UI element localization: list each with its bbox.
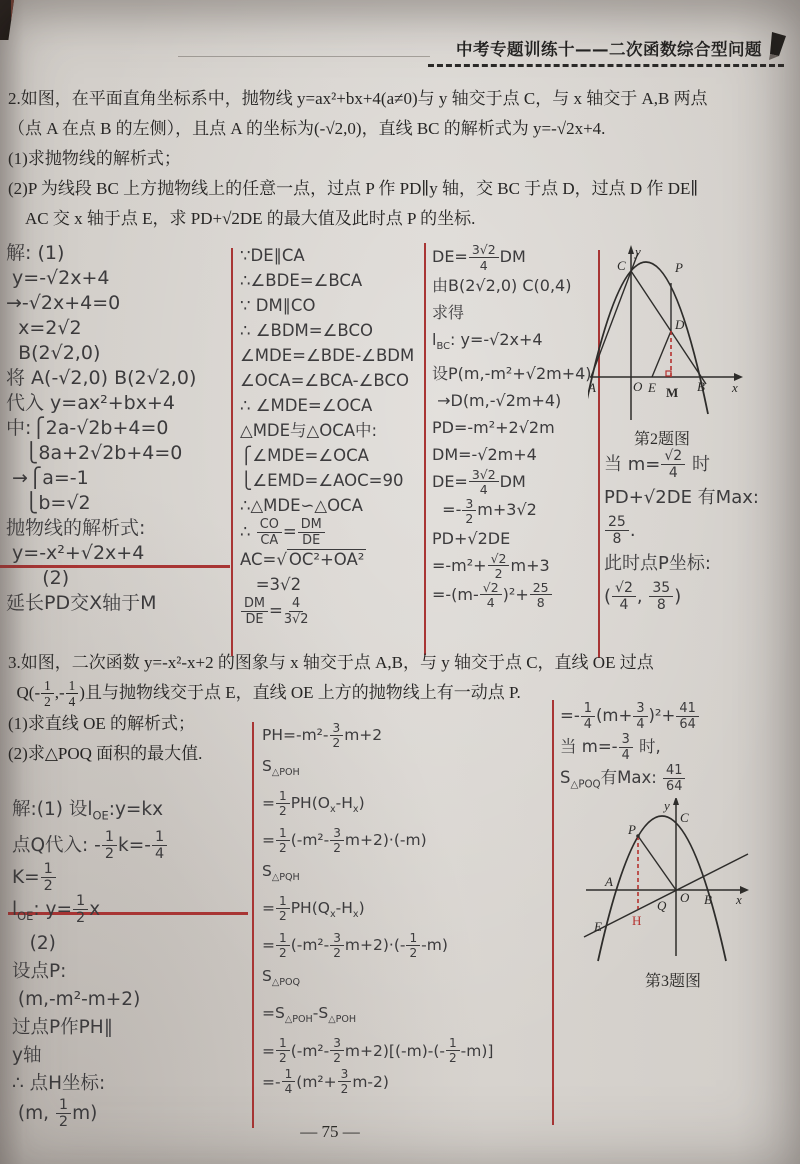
text-line: ∠OCA=∠BCA-∠BCO: [240, 368, 422, 393]
text-line: ∴∠BDE=∠BCA: [240, 268, 422, 293]
fig3-parabola-curve: [598, 816, 726, 961]
text-line: =3√2: [240, 572, 422, 597]
text-line: lOE: y=12x: [12, 894, 247, 930]
fig3-label-O: O: [680, 890, 690, 905]
text-line: (m, 12m): [12, 1098, 247, 1130]
fig3-label-P: P: [627, 822, 636, 837]
fig2-label-D: D: [674, 317, 685, 332]
figure2-caption: 第2题图: [612, 426, 712, 449]
text-line: y轴: [12, 1042, 247, 1070]
text-line: =12(-m²-32m+2)[(-m)-(-12-m)]: [262, 1036, 552, 1067]
text-line: △MDE与△OCA中:: [240, 418, 422, 443]
text-line: PD+√2DE: [432, 525, 596, 552]
text-line: 求得: [432, 299, 596, 326]
workbook-page-photo: 中考专题训练十——二次函数综合型问题 2.如图，在平面直角坐标系中，抛物线 y=…: [0, 0, 800, 1164]
text-line: 此时点P坐标:: [604, 547, 800, 580]
text-line: →-√2x+4=0: [6, 291, 228, 316]
text-line: 当 m=√24 时: [604, 448, 800, 481]
text-line: 由B(2√2,0) C(0,4): [432, 272, 596, 299]
fig2-label-E: E: [647, 380, 656, 395]
pencil-icon: [766, 30, 792, 60]
page-number: — 75 —: [240, 1122, 420, 1142]
text-line: 延长PD交X轴于M: [6, 591, 228, 616]
figure3-caption: 第3题图: [618, 968, 728, 991]
text-line: DM=-√2m+4: [432, 441, 596, 468]
text-line: =-14(m²+32m-2): [262, 1067, 552, 1098]
text-line: B(2√2,0): [6, 341, 228, 366]
fig2-label-B: B: [697, 379, 705, 394]
fig3-label-Q: Q: [657, 898, 667, 913]
fig3-line-OE: [584, 854, 748, 937]
text-line: 中:⎧2a-√2b+4=0: [6, 416, 228, 441]
fig2-line-CB: [631, 271, 706, 384]
text-line: 设P(m,-m²+√2m+4): [432, 360, 596, 387]
fig2-label-M: M: [666, 385, 678, 400]
text-line: =-32m+3√2: [432, 496, 596, 525]
text-line: 解: (1): [6, 241, 228, 266]
problem2-solution-col4: 当 m=√24 时PD+√2DE 有Max:258.此时点P坐标:(√24, 3…: [604, 448, 800, 613]
fig3-label-x: x: [735, 892, 742, 907]
fig2-label-y: y: [633, 244, 641, 259]
text-line: 设点P:: [12, 958, 247, 986]
fig2-label-O: O: [633, 379, 643, 394]
text-line: PH=-m²-32m+2: [262, 720, 552, 751]
fig2-label-P: P: [674, 260, 683, 275]
text-line: S△PQH: [262, 856, 552, 893]
text-line: =-m²+√22m+3: [432, 552, 596, 581]
text-line: (2): [6, 566, 228, 591]
text-line: 当 m=-34 时,: [560, 731, 800, 762]
text-line: DMDE=43√2: [240, 597, 422, 626]
text-line: 2.如图，在平面直角坐标系中，抛物线 y=ax²+bx+4(a≠0)与 y 轴交…: [8, 84, 794, 114]
text-line: =12PH(Qx-Hx): [262, 893, 552, 930]
header-dashed-rule: [428, 64, 784, 67]
text-line: 抛物线的解析式:: [6, 516, 228, 541]
text-line: 解:(1) 设lOE:y=kx: [12, 796, 247, 830]
text-line: (2)P 为线段 BC 上方抛物线上的任意一点，过点 P 作 PD∥y 轴，交 …: [8, 174, 794, 204]
problem2-statement: 2.如图，在平面直角坐标系中，抛物线 y=ax²+bx+4(a≠0)与 y 轴交…: [8, 84, 794, 234]
fig2-label-C: C: [617, 258, 626, 273]
text-line: ⎩b=√2: [6, 491, 228, 516]
fig3-point-P: [636, 834, 640, 838]
text-line: 258.: [604, 514, 800, 547]
text-line: (√24, 358): [604, 580, 800, 613]
photo-corner-mark: [0, 0, 14, 40]
text-line: ∵DE∥CA: [240, 243, 422, 268]
p3-red-separator-1: [252, 722, 254, 1128]
p2-red-separator-2: [424, 243, 426, 655]
text-line: AC=√OC²+OA²: [240, 547, 422, 572]
text-line: ⎩8a+2√2b+4=0: [6, 441, 228, 466]
text-line: DE=3√24DM: [432, 468, 596, 497]
text-line: y=-x²+√2x+4: [6, 541, 228, 566]
text-line: K=12: [12, 862, 247, 894]
text-line: （点 A 在点 B 的左侧），且点 A 的坐标为(-√2,0)，直线 BC 的解…: [8, 114, 794, 144]
fig3-label-C: C: [680, 810, 689, 825]
problem3-solution-col1: 解:(1) 设lOE:y=kx点Q代入: -12k=-14K=12lOE: y=…: [12, 796, 247, 1130]
text-line: (1)求抛物线的解析式；: [8, 144, 794, 174]
fig2-y-arrow: [628, 245, 634, 254]
text-line: S△POQ有Max: 4164: [560, 762, 800, 800]
text-line: DE=3√24DM: [432, 243, 596, 272]
fig3-y-arrow: [673, 798, 679, 805]
text-line: 代入 y=ax²+bx+4: [6, 391, 228, 416]
text-line: 将 A(-√2,0) B(2√2,0): [6, 366, 228, 391]
text-line: 过点P作PH∥: [12, 1014, 247, 1042]
header-rule-thin: [178, 56, 430, 57]
page-header-title: 中考专题训练十——二次函数综合型问题: [410, 36, 762, 60]
text-line: =S△POH-S△POH: [262, 998, 552, 1035]
text-line: ∴ ∠MDE=∠OCA: [240, 393, 422, 418]
text-line: S△POQ: [262, 961, 552, 998]
text-line: AC 交 x 轴于点 E，求 PD+√2DE 的最大值及此时点 P 的坐标.: [8, 204, 794, 234]
fig3-label-A: A: [604, 874, 613, 889]
text-line: (2): [12, 930, 247, 958]
text-line: ∴ COCA=DMDE: [240, 518, 422, 547]
text-line: PD=-m²+2√2m: [432, 414, 596, 441]
text-line: ∴ 点H坐标:: [12, 1070, 247, 1098]
fig3-label-B: B: [704, 892, 712, 907]
p3-red-separator-2: [552, 700, 554, 1125]
problem3-solution-col3: =-14(m+34)²+4164当 m=-34 时,S△POQ有Max: 416…: [560, 700, 800, 800]
problem3-figure: y x P C A E Q O B H: [558, 798, 800, 966]
text-line: ⎩∠EMD=∠AOC=90: [240, 468, 422, 493]
text-line: =12(-m²-32m+2)·(-12-m): [262, 930, 552, 961]
fig2-label-x: x: [731, 380, 738, 395]
text-line: =12PH(Ox-Hx): [262, 788, 552, 825]
fig2-segment-ED: [652, 331, 671, 377]
fig2-label-A: A: [588, 380, 596, 395]
fig3-label-E: E: [593, 919, 602, 934]
fig3-segment-PO: [638, 836, 676, 890]
text-line: =12(-m²-32m+2)·(-m): [262, 825, 552, 856]
text-line: =-14(m+34)²+4164: [560, 700, 800, 731]
text-line: =-(m-√24)²+258: [432, 581, 596, 610]
text-line: lBC: y=-√2x+4: [432, 326, 596, 360]
problem3-solution-col2: PH=-m²-32m+2S△POH=12PH(Ox-Hx)=12(-m²-32m…: [262, 720, 552, 1098]
text-line: →D(m,-√2m+4): [432, 387, 596, 414]
problem2-solution-col1: 解: (1) y=-√2x+4→-√2x+4=0 x=2√2 B(2√2,0)将…: [6, 241, 228, 616]
text-line: ∵ DM∥CO: [240, 293, 422, 318]
problem2-solution-col2: ∵DE∥CA∴∠BDE=∠BCA∵ DM∥CO∴ ∠BDM=∠BCO∠MDE=∠…: [240, 243, 422, 626]
text-line: (m,-m²-m+2): [12, 986, 247, 1014]
text-line: 3.如图，二次函数 y=-x²-x+2 的图象与 x 轴交于点 A,B，与 y …: [8, 648, 794, 678]
problem2-solution-col3: DE=3√24DM由B(2√2,0) C(0,4)求得lBC: y=-√2x+4…: [432, 243, 596, 609]
text-line: →⎧a=-1: [6, 466, 228, 491]
text-line: x=2√2: [6, 316, 228, 341]
text-line: ∴△MDE∽△OCA: [240, 493, 422, 518]
text-line: S△POH: [262, 751, 552, 788]
text-line: 点Q代入: -12k=-14: [12, 830, 247, 862]
p2-red-separator-1: [231, 248, 233, 656]
text-line: PD+√2DE 有Max:: [604, 481, 800, 514]
text-line: ∴ ∠BDM=∠BCO: [240, 318, 422, 343]
text-line: ⎧∠MDE=∠OCA: [240, 443, 422, 468]
text-line: ∠MDE=∠BDE-∠BDM: [240, 343, 422, 368]
problem2-figure: y x C P D A O E M B: [588, 242, 800, 427]
text-line: y=-√2x+4: [6, 266, 228, 291]
fig3-label-H: H: [632, 913, 641, 928]
fig3-label-y: y: [662, 798, 670, 813]
